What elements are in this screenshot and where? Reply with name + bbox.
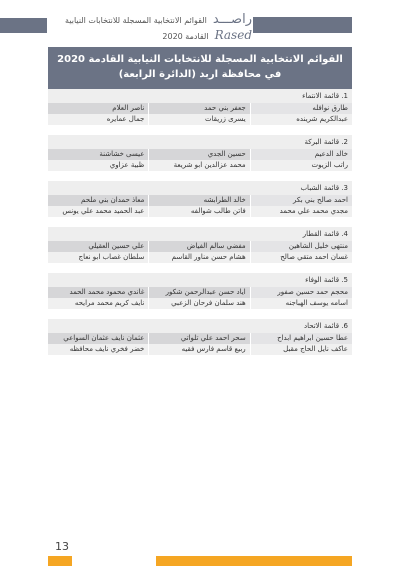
candidate-name: عبدالكريم شرينده (251, 114, 352, 125)
candidate-name: اياد حسن عبدالرحمن شكور (149, 287, 250, 298)
list-heading: 6. قائمة الاتحاد (48, 319, 352, 333)
header-bar-right (253, 17, 352, 33)
candidate-name: سلطان غصاب ابو نعاج (48, 252, 149, 263)
table-row: غسان احمد متقي صالح هشام حسن مناور القاس… (48, 252, 352, 263)
candidate-name: غاندي محمود محمد الحمد (48, 287, 149, 298)
list-section: 3. قائمة الشباب احمد صالح بني بكر خالد ا… (48, 181, 352, 217)
header-bar-left (0, 18, 47, 33)
candidate-name: خالد الدعيم (251, 149, 352, 160)
list-section: 1. قائمة الانتماء طارق نوافله جعفر بني ح… (48, 89, 352, 125)
candidate-name: سحر احمد علي تلواتي (149, 333, 250, 344)
candidate-name: هند سلمان فرحان الزعبي (149, 298, 250, 309)
candidate-name: فاتن طالب شوالفه (149, 206, 250, 217)
candidate-name: ناصر العلام (48, 103, 149, 114)
page-title: القوائم الانتخابية المسجلة للانتخابات ال… (48, 48, 352, 89)
list-heading: 4. قائمة القطار (48, 227, 352, 241)
candidate-name: عثمان نايف عثمان السواعي (48, 333, 149, 344)
candidate-name: معاذ حمدان بني ملحم (48, 195, 149, 206)
title-line1: القوائم الانتخابية المسجلة للانتخابات ال… (48, 54, 352, 65)
title-line2: في محافظة اربد (الدائرة الرابعة) (48, 69, 352, 80)
list-section: 5. قائمة الوفاء محجم حمد حسين صفور اياد … (48, 273, 352, 309)
candidate-name: غسان احمد متقي صالح (251, 252, 352, 263)
candidate-name: حسين الجدي (149, 149, 250, 160)
table-row: احمد صالح بني بكر خالد الطرابشه معاذ حمد… (48, 195, 352, 206)
list-heading: 2. قائمة البركة (48, 135, 352, 149)
candidate-name: نايف كريم محمد مرايحه (48, 298, 149, 309)
table-row: مجدي محمد علي محمد فاتن طالب شوالفه عبد … (48, 206, 352, 217)
footer-accent-left (48, 556, 72, 566)
candidate-name: عيسى خشاشنة (48, 149, 149, 160)
header-subtitle-line1: القوائم الانتخابية المسجلة للانتخابات ال… (65, 16, 207, 25)
table-row: طارق نوافله جعفر بني حمد ناصر العلام (48, 103, 352, 114)
candidate-name: جمال عمايره (48, 114, 149, 125)
list-heading: 5. قائمة الوفاء (48, 273, 352, 287)
candidate-name: راتب الزيوت (251, 160, 352, 171)
logo-english: Rased (215, 28, 252, 42)
candidate-name: محمد عزالدين ابو شريعة (149, 160, 250, 171)
candidate-name: مجدي محمد علي محمد (251, 206, 352, 217)
list-heading: 3. قائمة الشباب (48, 181, 352, 195)
candidate-name: ظبية عزاوي (48, 160, 149, 171)
list-section: 6. قائمة الاتحاد عطا حسين ابراهيم ابداح … (48, 319, 352, 355)
candidate-name: خضر فخري نايف محافظه (48, 344, 149, 355)
candidate-name: يسرى زريقات (149, 114, 250, 125)
candidate-name: هشام حسن مناور القاسم (149, 252, 250, 263)
candidate-name: جعفر بني حمد (149, 103, 250, 114)
list-section: 4. قائمة القطار منتهى خليل الشاهين مفضي … (48, 227, 352, 263)
footer-accent-bar (156, 556, 352, 566)
header-subtitle-line2: القادمة 2020 (162, 32, 208, 41)
table-row: عبدالكريم شرينده يسرى زريقات جمال عمايره (48, 114, 352, 125)
table-row: اسامه يوسف الهباجنه هند سلمان فرحان الزع… (48, 298, 352, 309)
candidate-name: عاكف نايل الحاج مقبل (251, 344, 352, 355)
candidate-name: علي حسين العقيلي (48, 241, 149, 252)
candidate-name: طارق نوافله (251, 103, 352, 114)
table-row: راتب الزيوت محمد عزالدين ابو شريعة ظبية … (48, 160, 352, 171)
table-row: عطا حسين ابراهيم ابداح سحر احمد علي تلوا… (48, 333, 352, 344)
candidate-name: احمد صالح بني بكر (251, 195, 352, 206)
running-header: راصـــد القوائم الانتخابية المسجلة للانت… (52, 12, 252, 42)
list-heading: 1. قائمة الانتماء (48, 89, 352, 103)
table-row: منتهى خليل الشاهين مفضي سالم الفياض علي … (48, 241, 352, 252)
table-row: عاكف نايل الحاج مقبل ربيع قاسم فارس فقيه… (48, 344, 352, 355)
candidate-name: اسامه يوسف الهباجنه (251, 298, 352, 309)
lists-table: 1. قائمة الانتماء طارق نوافله جعفر بني ح… (48, 89, 352, 365)
list-section: 2. قائمة البركة خالد الدعيم حسين الجدي ع… (48, 135, 352, 171)
candidate-name: مفضي سالم الفياض (149, 241, 250, 252)
candidate-name: عبد الحميد محمد علي يونس (48, 206, 149, 217)
candidate-name: محجم حمد حسين صفور (251, 287, 352, 298)
table-row: محجم حمد حسين صفور اياد حسن عبدالرحمن شك… (48, 287, 352, 298)
table-row: خالد الدعيم حسين الجدي عيسى خشاشنة (48, 149, 352, 160)
candidate-name: عطا حسين ابراهيم ابداح (251, 333, 352, 344)
logo-arabic: راصـــد (213, 12, 252, 27)
candidate-name: خالد الطرابشه (149, 195, 250, 206)
candidate-name: ربيع قاسم فارس فقيه (149, 344, 250, 355)
page-number: 13 (55, 540, 69, 553)
candidate-name: منتهى خليل الشاهين (251, 241, 352, 252)
